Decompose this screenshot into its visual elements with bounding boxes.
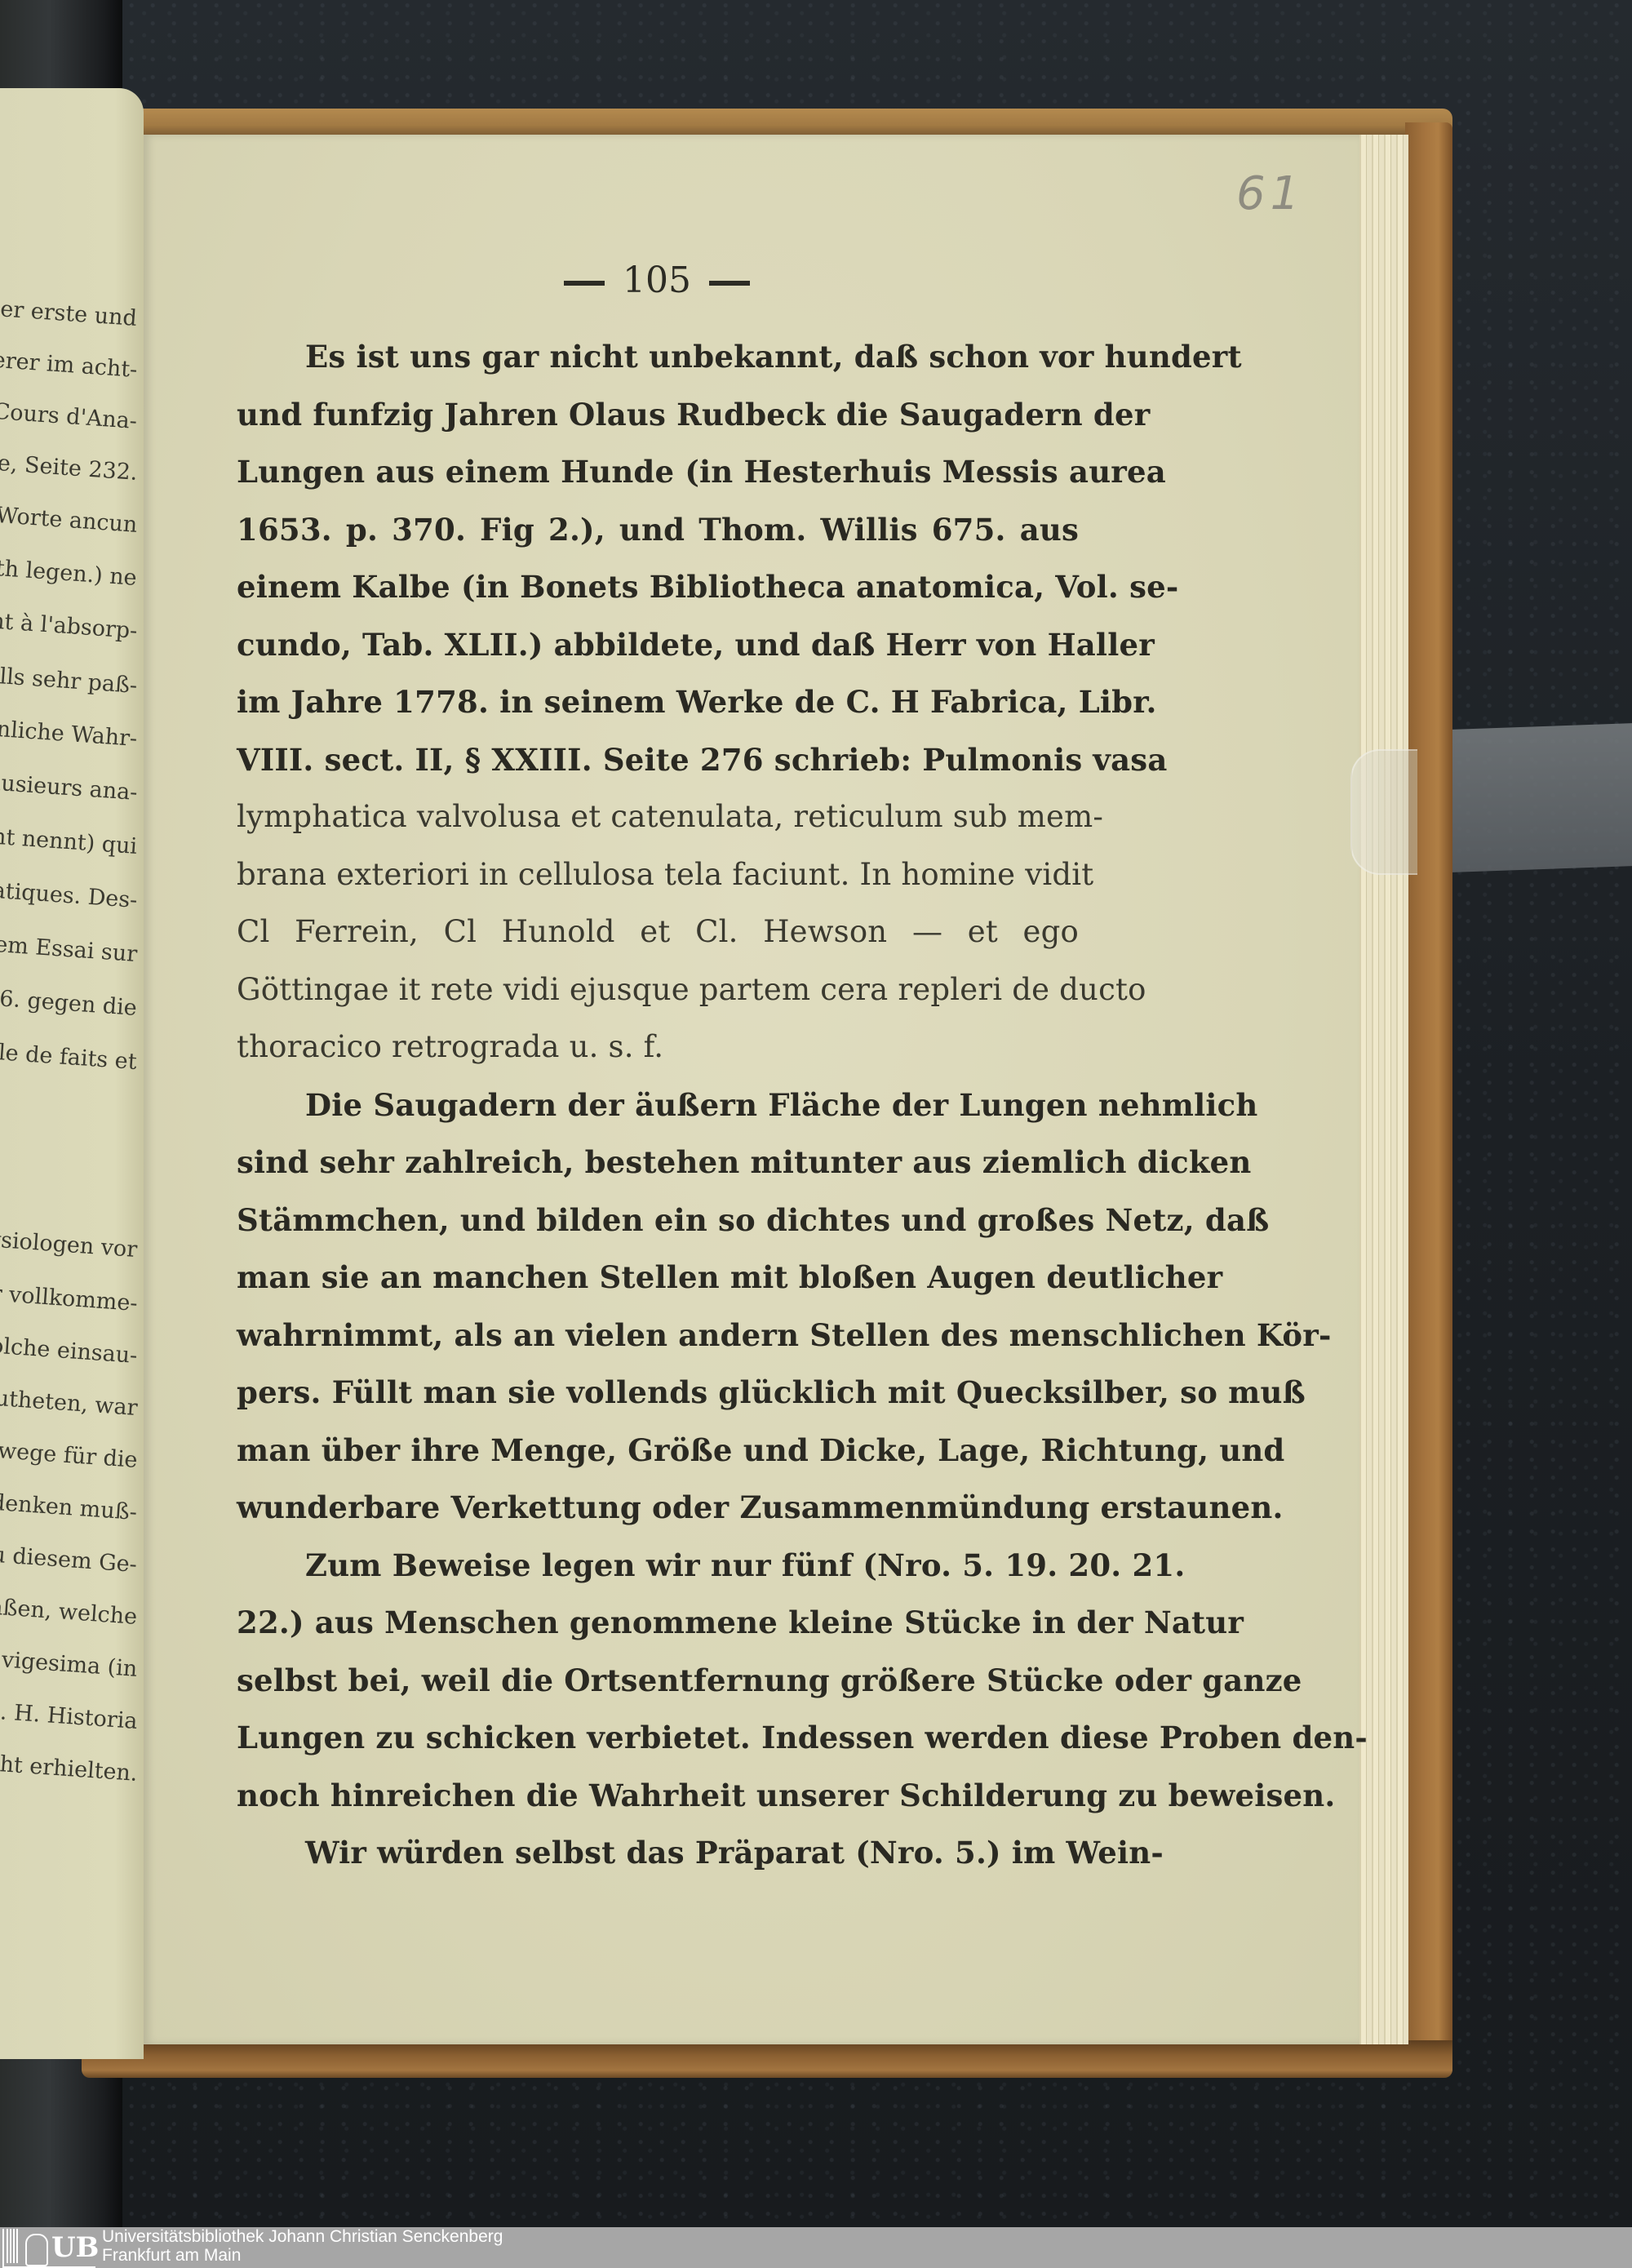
institution-city: Frankfurt am Main xyxy=(102,2246,503,2265)
left-page-fragment: nutheten, war xyxy=(0,1385,138,1421)
text-line: einem Kalbe (in Bonets Bibliotheca anato… xyxy=(237,558,1079,616)
text-line: man sie an manchen Stellen mit bloßen Au… xyxy=(237,1249,1079,1307)
left-page-fragment: Werth legen.) ne xyxy=(0,553,138,591)
page-stack-edge xyxy=(1355,135,1408,2044)
text-line: Stämmchen, und bilden ein so dichtes und… xyxy=(237,1192,1079,1249)
text-line: wahrnimmt, als an vielen andern Stellen … xyxy=(237,1307,1079,1365)
left-page-fragment: en zu diesem Ge- xyxy=(0,1539,138,1578)
left-page-fragment: C. H. Historia xyxy=(0,1698,138,1734)
left-page-fragment: icht nennt) qui xyxy=(0,823,138,859)
dash-left xyxy=(564,281,605,286)
text-line: thoracico retrograda u. s. f. xyxy=(237,1019,1079,1076)
text-line: sind sehr zahlreich, bestehen mitunter a… xyxy=(237,1134,1079,1192)
pencil-folio-number: 61 xyxy=(1236,167,1304,220)
left-page-fragment: besaßen, welche xyxy=(0,1591,138,1630)
text-line: Lungen aus einem Hunde (in Hesterhuis Me… xyxy=(237,443,1079,501)
left-page-fragment: diese Worte ancun xyxy=(0,498,138,538)
text-line: Zum Beweise legen wir nur fünf (Nro. 5. … xyxy=(237,1537,1079,1595)
text-line: wunderbare Verkettung oder Zusammenmündu… xyxy=(237,1479,1079,1537)
text-line: und funfzig Jahren Olaus Rudbeck die Sau… xyxy=(237,386,1079,444)
text-line: 1653. p. 370. Fig 2.), und Thom. Willis … xyxy=(237,501,1079,559)
left-page-fragment: foule de faits et xyxy=(0,1037,138,1075)
text-line: Göttingae it rete vidi ejusque partem ce… xyxy=(237,961,1079,1019)
text-line: Es ist uns gar nicht unbekannt, daß scho… xyxy=(237,328,1079,386)
left-page-fragment: ) plusieurs ana- xyxy=(0,768,138,806)
left-page: tal, der erste und Zergliederer im acht-… xyxy=(0,88,144,2059)
page-header: 105 xyxy=(534,260,779,301)
text-line: Die Saugadern der äußern Fläche der Lung… xyxy=(237,1076,1079,1134)
body-text: Es ist uns gar nicht unbekannt, daß scho… xyxy=(237,328,1079,1882)
left-page-fragment: Auswege für die xyxy=(0,1436,138,1473)
text-line: pers. Füllt man sie vollends glücklich m… xyxy=(237,1364,1079,1422)
institution-credit: Universitätsbibliothek Johann Christian … xyxy=(102,2227,503,2265)
left-page-fragment: e Licht erhielten. xyxy=(0,1748,138,1786)
left-page-fragment: ula vigesima (in xyxy=(0,1644,138,1682)
text-line: cundo, Tab. XLII.) abbildete, und daß He… xyxy=(237,616,1079,674)
left-page-fragment: gleichfalls sehr paß- xyxy=(0,658,138,699)
left-page-fragment: tal, der erste und xyxy=(0,292,138,331)
left-page-fragment: Zergliederer im acht- xyxy=(0,341,138,383)
board-edge-top xyxy=(82,109,1452,136)
bookmark-tab xyxy=(1350,749,1417,875)
text-line: man über ihre Menge, Größe und Dicke, La… xyxy=(237,1422,1079,1480)
text-line: selbst bei, weil die Ortsentfernung größ… xyxy=(237,1652,1079,1710)
ub-logo-icon: UB xyxy=(2,2229,95,2268)
left-page-fragment: Physiologen vor xyxy=(0,1225,138,1263)
left-page-fragment: hatiques. Des- xyxy=(0,877,138,913)
left-page-fragment: der vollkomme- xyxy=(0,1279,138,1316)
text-line: im Jahre 1778. in seinem Werke de C. H F… xyxy=(237,673,1079,731)
text-line: Lungen zu schicken verbietet. Indessen w… xyxy=(237,1709,1079,1767)
portrait-bust-icon xyxy=(25,2234,48,2266)
dash-right xyxy=(709,281,750,286)
text-line: Cl Ferrein, Cl Hunold et Cl. Hewson — et… xyxy=(237,903,1079,961)
ub-logo-text: UB xyxy=(51,2230,99,2265)
board-edge-bottom xyxy=(82,2040,1452,2078)
left-page-fragment: érent à l'absorp- xyxy=(0,606,138,644)
text-line: noch hinreichen die Wahrheit unserer Sch… xyxy=(237,1767,1079,1825)
column-icon xyxy=(7,2229,18,2263)
institution-name: Universitätsbibliothek Johann Christian … xyxy=(102,2227,503,2246)
board-edge-right xyxy=(1405,122,1452,2077)
left-page-fragment: rt, solche einsau- xyxy=(0,1330,138,1369)
text-line: brana exteriori in cellulosa tela faciun… xyxy=(237,846,1079,904)
left-page-fragment: ung denken muß- xyxy=(0,1486,138,1525)
left-page-fragment: S. 46. gegen die xyxy=(0,983,138,1021)
left-page-fragment: e sinnliche Wahr- xyxy=(0,712,138,751)
left-page-fragment: einem Essai sur xyxy=(0,930,138,967)
left-page-fragment: Bande, Seite 232. xyxy=(0,446,138,486)
bookmark-tape-strip xyxy=(1452,723,1632,872)
text-line: Wir würden selbst das Präparat (Nro. 5.)… xyxy=(237,1824,1079,1882)
text-line: 22.) aus Menschen genommene kleine Stück… xyxy=(237,1594,1079,1652)
page-number: 105 xyxy=(623,260,691,301)
left-page-fragment: Werke Cours d'Ana- xyxy=(0,393,138,434)
text-line: VIII. sect. II, § XXIII. Seite 276 schri… xyxy=(237,731,1079,789)
text-line: lymphatica valvolusa et catenulata, reti… xyxy=(237,788,1079,846)
